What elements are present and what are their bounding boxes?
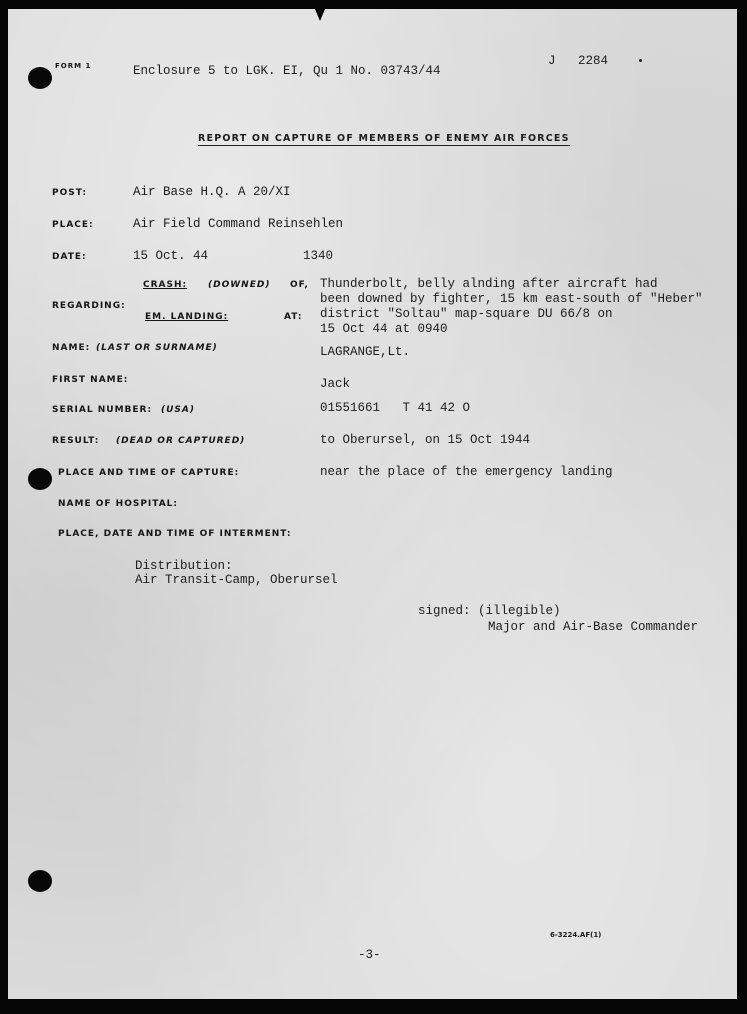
regarding-line-3: district "Soltau" map-square DU 66/8 on [320,307,613,321]
regarding-line-1: Thunderbolt, belly alnding after aircraf… [320,277,658,291]
em-landing-label: EM. LANDING: [145,312,228,322]
file-number: J 2284 [548,54,608,68]
punch-hole-bottom [28,870,52,892]
punch-hole-top [28,67,52,89]
last-name-value: LAGRANGE,Lt. [320,345,410,359]
enclosure-line: Enclosure 5 to LGK. EI, Qu 1 No. 03743/4… [133,64,441,78]
result-value: to Oberursel, on 15 Oct 1944 [320,433,530,447]
regarding-line-2: been downed by fighter, 15 km east-south… [320,292,703,306]
result-note: (DEAD OR CAPTURED) [116,436,245,446]
page-number: -3- [358,948,381,962]
last-name-label: NAME: [52,343,90,353]
footer-code: 6-3224.AF(1) [550,931,601,939]
serial-number-label: SERIAL NUMBER: [52,405,152,415]
place-value: Air Field Command Reinsehlen [133,217,343,231]
signature-line: signed: (illegible) [418,604,561,618]
place-label: PLACE: [52,220,94,230]
regarding-label: REGARDING: [52,301,126,311]
punch-hole-middle [28,468,52,490]
capture-label: PLACE AND TIME OF CAPTURE: [58,468,239,478]
post-label: POST: [52,188,87,198]
first-name-value: Jack [320,377,350,391]
serial-number-value: 01551661 T 41 42 O [320,401,470,415]
hospital-label: NAME OF HOSPITAL: [58,499,178,509]
of-label: OF, [290,280,309,290]
capture-value: near the place of the emergency landing [320,465,613,479]
crash-label: CRASH: [143,280,187,290]
regarding-line-4: 15 Oct 44 at 0940 [320,322,448,336]
first-name-label: FIRST NAME: [52,375,128,385]
ink-dot [639,59,642,62]
form-label: FORM 1 [55,62,91,70]
interment-label: PLACE, DATE AND TIME OF INTERMENT: [58,529,292,539]
distribution-recipient: Air Transit-Camp, Oberursel [135,573,338,587]
signer-title: Major and Air-Base Commander [488,620,698,634]
distribution-heading: Distribution: [135,559,233,573]
date-value: 15 Oct. 44 [133,249,208,263]
at-label: AT: [284,312,303,322]
date-label: DATE: [52,252,87,262]
post-value: Air Base H.Q. A 20/XI [133,185,291,199]
report-title: REPORT ON CAPTURE OF MEMBERS OF ENEMY AI… [198,133,570,146]
scanned-document-page: FORM 1 Enclosure 5 to LGK. EI, Qu 1 No. … [8,9,737,999]
result-label: RESULT: [52,436,99,446]
last-name-note: (LAST OR SURNAME) [96,343,218,353]
time-value: 1340 [303,249,333,263]
downed-label: (DOWNED) [208,280,270,290]
scan-notch [315,9,325,21]
serial-number-note: (USA) [161,405,195,415]
